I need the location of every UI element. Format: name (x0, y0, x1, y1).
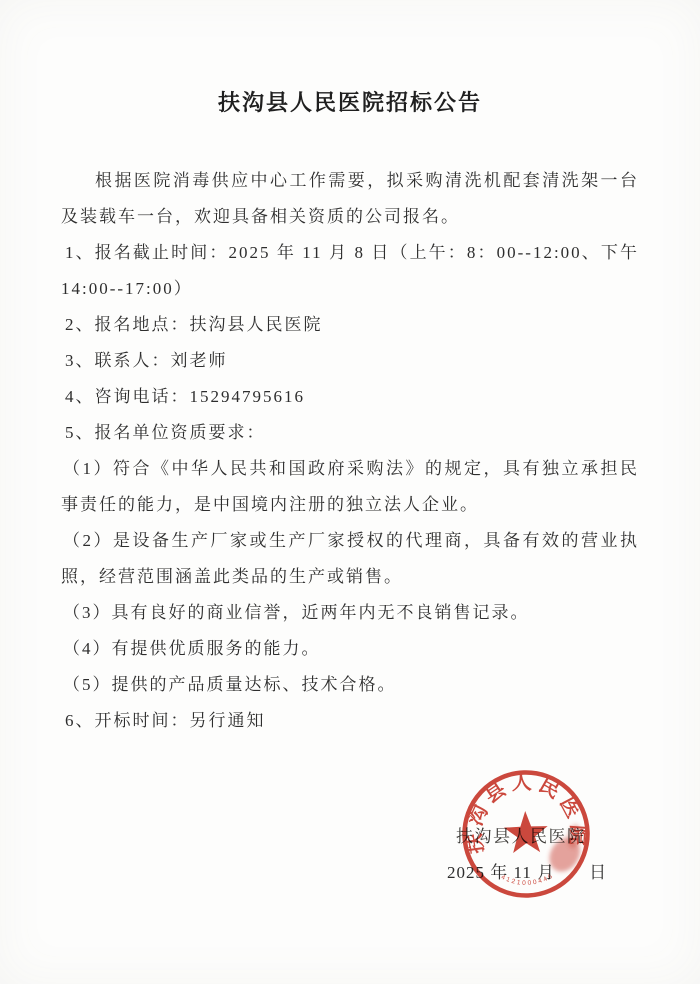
list-item-3: 3、联系人：刘老师 (61, 343, 639, 379)
seal-star-icon (503, 810, 548, 853)
list-item-5: 5、报名单位资质要求： (61, 415, 639, 451)
list-item-4: 4、咨询电话：15294795616 (61, 379, 639, 415)
list-item-6: 6、开标时间：另行通知 (61, 703, 639, 739)
list-item-1: 1、报名截止时间：2025 年 11 月 8 日（上午：8：00--12:00、… (61, 235, 639, 307)
document-body: 根据医院消毒供应中心工作需要，拟采购清洗机配套清洗架一台及装载车一台，欢迎具备相… (61, 163, 639, 739)
document-title: 扶沟县人民医院招标公告 (0, 0, 700, 117)
sub-item-1: （1）符合《中华人民共和国政府采购法》的规定，具有独立承担民事责任的能力，是中国… (61, 451, 639, 523)
seal-serial-holder: 4121000446 (500, 872, 556, 888)
official-seal: 扶沟县人民医院 4121000446 (456, 764, 597, 905)
sub-item-2: （2）是设备生产厂家或生产厂家授权的代理商，具备有效的营业执照，经营范围涵盖此类… (61, 523, 639, 595)
list-item-2: 2、报名地点：扶沟县人民医院 (61, 307, 639, 343)
seal-serial-number: 4121000446 (500, 872, 556, 888)
paragraph-intro: 根据医院消毒供应中心工作需要，拟采购清洗机配套清洗架一台及装载车一台，欢迎具备相… (61, 163, 639, 235)
sub-item-3: （3）具有良好的商业信誉，近两年内无不良销售记录。 (61, 595, 639, 631)
sub-item-5: （5）提供的产品质量达标、技术合格。 (61, 667, 639, 703)
document-page: 扶沟县人民医院招标公告 根据医院消毒供应中心工作需要，拟采购清洗机配套清洗架一台… (0, 0, 700, 984)
sub-item-4: （4）有提供优质服务的能力。 (61, 631, 639, 667)
